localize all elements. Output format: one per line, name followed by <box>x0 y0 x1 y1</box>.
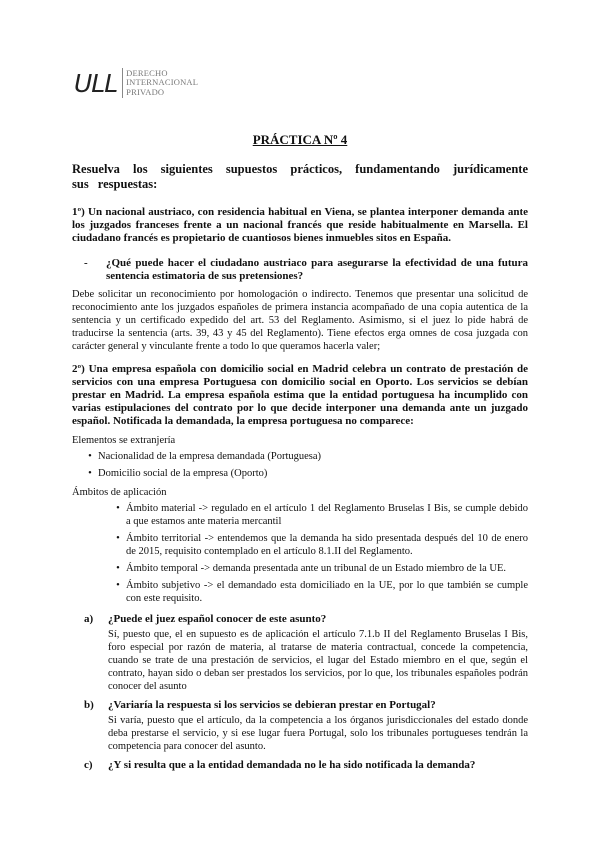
logo-divider <box>122 68 123 98</box>
case-1-question: - ¿Qué puede hacer el ciudadano austriac… <box>72 257 528 283</box>
logo-line-3: PRIVADO <box>126 88 198 98</box>
case-1-question-text: ¿Qué puede hacer el ciudadano austriaco … <box>106 257 528 283</box>
document-body: PRÁCTICA Nº 4 Resuelva los siguientes su… <box>72 132 528 774</box>
logo-mark: ULL <box>74 71 117 96</box>
dash-bullet: - <box>72 257 106 283</box>
question-c: c) ¿Y si resulta que a la entidad demand… <box>72 759 528 772</box>
case-1-answer: Debe solicitar un reconocimiento por hom… <box>72 288 528 353</box>
case-2-statement: 2º) Una empresa española con domicilio s… <box>72 363 528 428</box>
bullet-icon: • <box>82 467 98 480</box>
bullet-icon: • <box>110 502 126 528</box>
instructions: Resuelva los siguientes supuestos prácti… <box>72 162 528 192</box>
list-item: •Ámbito territorial -> entendemos que la… <box>72 532 528 558</box>
list-item: •Ámbito temporal -> demanda presentada a… <box>72 562 528 575</box>
page-title: PRÁCTICA Nº 4 <box>72 132 528 148</box>
list-item: •Nacionalidad de la empresa demandada (P… <box>72 450 528 463</box>
question-b: b) ¿Variaría la respuesta si los servici… <box>72 699 528 712</box>
question-a: a) ¿Puede el juez español conocer de est… <box>72 613 528 626</box>
list-item: •Domicilio social de la empresa (Oporto) <box>72 467 528 480</box>
bullet-icon: • <box>110 579 126 605</box>
answer-a: Sí, puesto que, el en supuesto es de apl… <box>72 628 528 693</box>
document-page: ULL DERECHO INTERNACIONAL PRIVADO PRÁCTI… <box>0 0 599 848</box>
answer-b: Si varía, puesto que el artículo, da la … <box>72 714 528 753</box>
scopes-label: Ámbitos de aplicación <box>72 486 528 499</box>
list-item: •Ámbito material -> regulado en el artíc… <box>72 502 528 528</box>
elements-list: •Nacionalidad de la empresa demandada (P… <box>72 450 528 480</box>
ull-logo: ULL DERECHO INTERNACIONAL PRIVADO <box>74 68 198 98</box>
logo-department: DERECHO INTERNACIONAL PRIVADO <box>126 69 198 98</box>
case-2-questions: a) ¿Puede el juez español conocer de est… <box>72 613 528 772</box>
bullet-icon: • <box>82 450 98 463</box>
list-item: •Ámbito subjetivo -> el demandado esta d… <box>72 579 528 605</box>
case-1-statement: 1º) Un nacional austriaco, con residenci… <box>72 206 528 245</box>
scopes-list: •Ámbito material -> regulado en el artíc… <box>72 502 528 605</box>
bullet-icon: • <box>110 532 126 558</box>
bullet-icon: • <box>110 562 126 575</box>
elements-label: Elementos se extranjería <box>72 434 528 447</box>
